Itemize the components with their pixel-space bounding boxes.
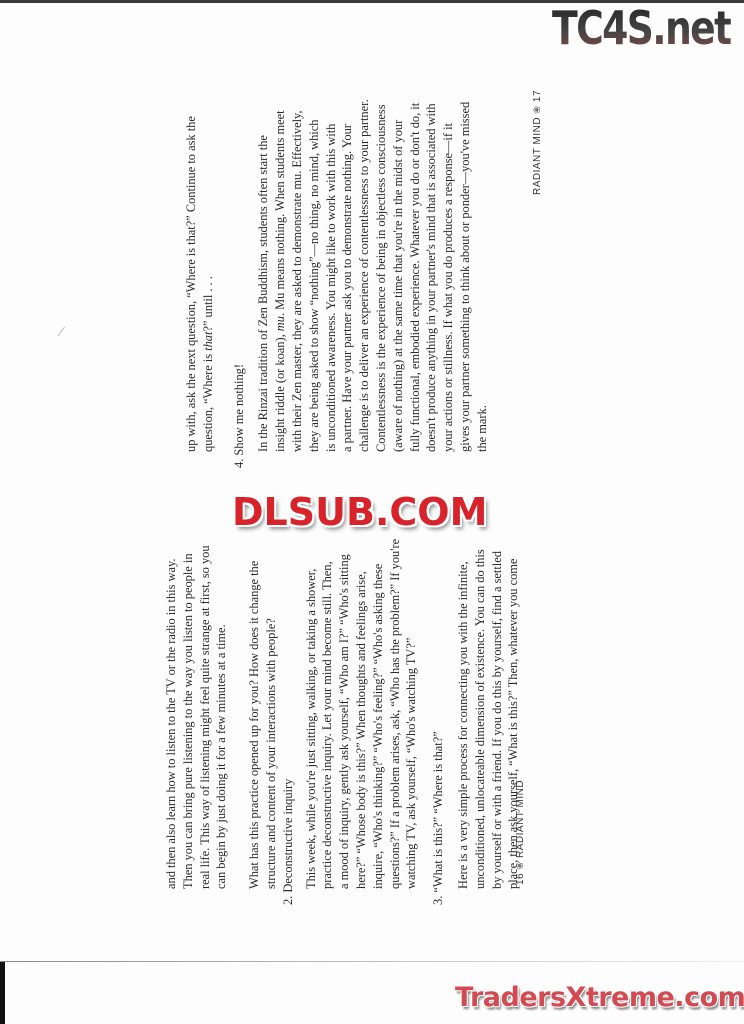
left-page: and then also learn how to listen to the…	[163, 505, 522, 905]
flower-ornament-icon: ❀	[532, 102, 543, 117]
right-page: up with, ask the next question, “Where i…	[183, 78, 491, 468]
text-line: a mood of inquiry, gently ask yourself, …	[336, 505, 353, 889]
text-line: fully functional, embodied experience. W…	[407, 78, 424, 452]
text-line: questions?” If a problem arises, ask, “W…	[387, 505, 404, 889]
text-line: watching TV, ask yourself, “Who's watchi…	[403, 505, 420, 889]
text-line: unconditioned, unlocateable dimension of…	[472, 505, 489, 889]
item-number: 4.	[232, 459, 246, 468]
page-number: 16	[515, 873, 526, 885]
text-line: is unconditioned awareness. You might li…	[323, 78, 340, 452]
text-line: Then you can bring pure listening to the…	[180, 505, 197, 889]
text-line: your actions or stillness. If what you d…	[440, 78, 457, 452]
watermark-tradersxtreme: TradersXtreme.com	[455, 980, 744, 1016]
text-line: structure and content of your interactio…	[263, 505, 280, 889]
text-line: Contentlessness is the experience of bei…	[373, 78, 390, 452]
scan-edge-left	[0, 962, 5, 1024]
item-2-body: This week, while you're just sitting, wa…	[303, 505, 421, 905]
running-head: RADIANT MIND	[515, 780, 526, 858]
right-page-folio: RADIANT MIND❀17	[532, 90, 543, 195]
item-3-body: Here is a very simple process for connec…	[455, 505, 522, 905]
text-line: with their Zen master, they are asked to…	[289, 78, 306, 452]
scan-speck: ⁄	[60, 325, 62, 341]
text-line: a partner. Have your partner ask you to …	[339, 78, 356, 452]
text-line: doesn't produce anything in your partner…	[423, 78, 440, 452]
item-4-body: In the Rinzai tradition of Zen Buddhism,…	[255, 78, 490, 468]
text-line: What has this practice opened up for you…	[246, 505, 263, 889]
item-2-title: 2. Deconstructive inquiry	[280, 505, 297, 905]
text-line: In the Rinzai tradition of Zen Buddhism,…	[255, 78, 272, 452]
text-line: the mark.	[474, 78, 491, 452]
reflection-question: What has this practice opened up for you…	[246, 505, 280, 905]
text-line: up with, ask the next question, “Where i…	[183, 78, 200, 452]
item-title-text: Show me nothing!	[232, 364, 246, 456]
text-line: question, “Where is that?” until . . .	[200, 78, 217, 452]
item-3-title: 3. “What is this?” “Where is that?”	[430, 505, 447, 905]
item-number: 2.	[281, 896, 295, 905]
text-line: inquire, “Who's thinking?” “Who's feelin…	[370, 505, 387, 889]
text-line: and then also learn how to listen to the…	[163, 505, 180, 889]
page-number: 17	[532, 90, 543, 102]
left-page-folio: 16❀RADIANT MIND	[515, 780, 526, 885]
watermark-dlsub: DLSUB.COM	[232, 490, 487, 534]
text-line: can begin by just doing it for a few min…	[213, 505, 230, 889]
text-line: Here is a very simple process for connec…	[455, 505, 472, 889]
text-line: insight riddle (or koan), mu. Mu means n…	[272, 78, 289, 452]
text-line: challenge is to deliver an experience of…	[356, 78, 373, 452]
text-line: here?” “Whose body is this?” When though…	[353, 505, 370, 889]
item-number: 3.	[431, 896, 445, 905]
text-line: real life. This way of listening might f…	[197, 505, 214, 889]
scan-fold-line	[0, 961, 744, 962]
text-line: gives your partner something to think ab…	[457, 78, 474, 452]
item-title-text: “What is this?” “Where is that?”	[431, 731, 445, 892]
running-head: RADIANT MIND	[532, 117, 543, 195]
text-line: practice deconstructive inquiry. Let you…	[319, 505, 336, 889]
item-4-title: 4. Show me nothing!	[231, 78, 248, 468]
text-line: they are being asked to show “nothing”—n…	[306, 78, 323, 452]
item-title-text: Deconstructive inquiry	[281, 779, 295, 893]
watermark-tc4s: TC4S.net	[552, 0, 731, 56]
intro-paragraph: and then also learn how to listen to the…	[163, 505, 230, 905]
text-line: This week, while you're just sitting, wa…	[303, 505, 320, 889]
text-line: by yourself or with a friend. If you do …	[489, 505, 506, 889]
continuation-paragraph: up with, ask the next question, “Where i…	[183, 78, 217, 468]
flower-ornament-icon: ❀	[515, 858, 526, 873]
text-line: (aware of nothing) at the same time that…	[390, 78, 407, 452]
